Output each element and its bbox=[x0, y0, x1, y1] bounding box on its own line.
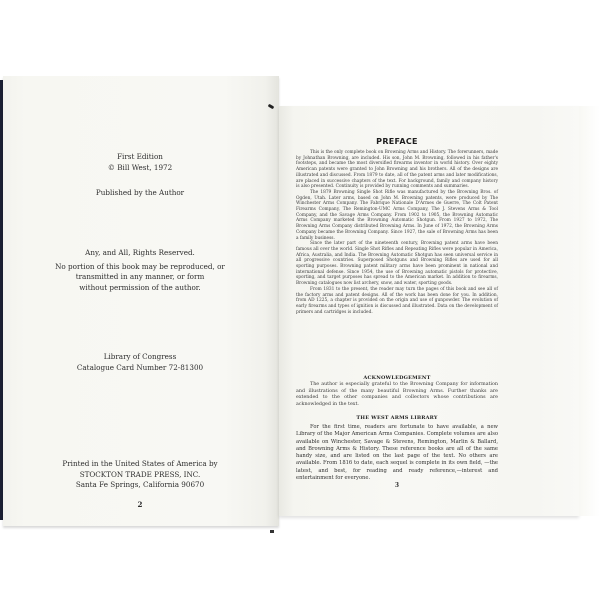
library-paragraph: For the first time, readers are fortunat… bbox=[296, 424, 498, 482]
preface-body: This is the only complete book on Browni… bbox=[296, 150, 498, 315]
preface-paragraph: This is the only complete book on Browni… bbox=[296, 150, 498, 190]
preface-paragraph: From 1831 to the present, the reader may… bbox=[296, 287, 498, 316]
page-edge-fade bbox=[579, 106, 600, 516]
preface-title: PREFACE bbox=[296, 137, 498, 146]
library-body: For the first time, readers are fortunat… bbox=[296, 424, 498, 482]
acknowledgement-body: The author is especially grateful to the… bbox=[296, 382, 498, 408]
rights-block: Any, and All, Rights Reserved. No portio… bbox=[20, 248, 260, 293]
printer-block: Printed in the United States of America … bbox=[20, 459, 260, 491]
preface-paragraph: Since the later part of the nineteenth c… bbox=[296, 241, 498, 287]
preface-paragraph: The 1879 Browning Single Shot Rifle was … bbox=[296, 190, 498, 241]
publisher-line: Published by the Author bbox=[20, 188, 260, 199]
edition-label: First Edition bbox=[20, 152, 260, 163]
acknowledgement-title: ACKNOWLEDGEMENT bbox=[296, 375, 498, 381]
loc-line: Catalogue Card Number 72-81300 bbox=[20, 363, 260, 374]
spine-mark bbox=[270, 530, 274, 533]
page-number-right: 3 bbox=[296, 482, 498, 489]
copyright-line: © Bill West, 1972 bbox=[20, 163, 260, 174]
rights-line: without permission of the author. bbox=[20, 283, 260, 294]
library-title: THE WEST ARMS LIBRARY bbox=[296, 415, 498, 421]
rights-line: transmitted in any manner, or form bbox=[20, 272, 260, 283]
loc-line: Library of Congress bbox=[20, 352, 260, 363]
acknowledgement-paragraph: The author is especially grateful to the… bbox=[296, 382, 498, 408]
rights-title: Any, and All, Rights Reserved. bbox=[20, 248, 260, 259]
page-number-left: 2 bbox=[20, 500, 260, 511]
library-of-congress-block: Library of Congress Catalogue Card Numbe… bbox=[20, 352, 260, 373]
printer-line: Printed in the United States of America … bbox=[20, 459, 260, 470]
printer-line: STOCKTON TRADE PRESS, INC. bbox=[20, 470, 260, 481]
rights-line: No portion of this book may be reproduce… bbox=[20, 262, 260, 273]
printer-line: Santa Fe Springs, California 90670 bbox=[20, 480, 260, 491]
edition-block: First Edition © Bill West, 1972 bbox=[20, 152, 260, 173]
